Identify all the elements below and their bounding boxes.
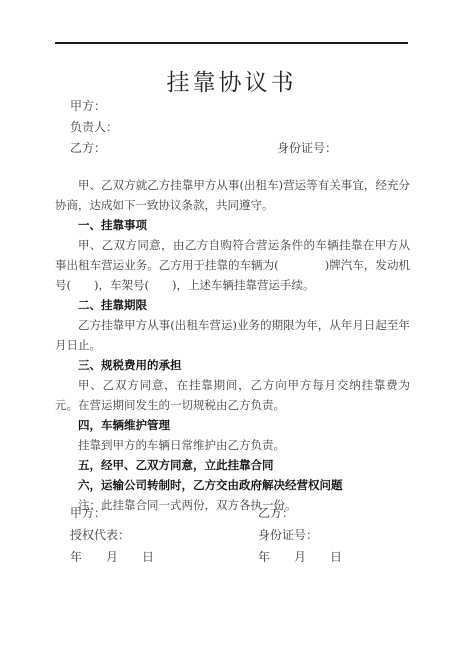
section-1-heading: 一、挂靠事项 — [55, 215, 410, 235]
id-number-field: 身份证号： — [277, 141, 337, 155]
section-2-body: 乙方挂靠甲方从事(出租车营运)业务的期限为年，从年月日起至年月日止。 — [55, 315, 410, 355]
party-b-field-row: 乙方：身份证号： — [55, 138, 410, 159]
section-4: 四，车辆维护管理 挂靠到甲方的车辆日常维护由乙方负责。 — [55, 415, 410, 455]
signature-party-b-label: 乙方： — [258, 502, 294, 524]
signature-party-a-label: 甲方： — [70, 502, 258, 524]
signature-block: 甲方： 乙方： 授权代表： 身份证号： 年 月 日 年 月 日 — [55, 502, 425, 568]
date-line-left: 年 月 日 — [70, 546, 258, 568]
section-6: 六，运输公司转制时，乙方交由政府解决经营权问题 — [55, 475, 410, 495]
section-4-heading: 四，车辆维护管理 — [55, 415, 410, 435]
signature-rep-row: 授权代表： 身份证号： — [55, 524, 425, 546]
party-b-field: 乙方： — [70, 138, 277, 159]
section-6-heading: 六，运输公司转制时，乙方交由政府解决经营权问题 — [55, 475, 410, 495]
document-page: 挂靠协议书 甲方： 负责人： 乙方：身份证号： 甲、乙双方就乙方挂靠甲方从事(出… — [0, 0, 463, 655]
section-2-heading: 二、挂靠期限 — [55, 295, 410, 315]
signature-party-row: 甲方： 乙方： — [55, 502, 425, 524]
page-title: 挂靠协议书 — [0, 64, 463, 97]
section-5: 五，经甲、乙双方同意，立此挂靠合同 — [55, 455, 410, 475]
section-1: 一、挂靠事项 甲、乙双方同意，由乙方自购符合营运条件的车辆挂靠在甲方从事出租车营… — [55, 215, 410, 295]
section-5-heading: 五，经甲、乙双方同意，立此挂靠合同 — [55, 455, 410, 475]
signature-date-row: 年 月 日 年 月 日 — [55, 546, 425, 568]
section-3: 三、规税费用的承担 甲、乙双方同意，在挂靠期间，乙方向甲方每月交纳挂靠费为元。在… — [55, 355, 410, 415]
signature-id-number-label: 身份证号： — [258, 524, 318, 546]
party-a-field: 甲方： — [55, 96, 410, 117]
document-body: 甲方： 负责人： 乙方：身份证号： 甲、乙双方就乙方挂靠甲方从事(出租车)营运等… — [55, 96, 410, 515]
section-2: 二、挂靠期限 乙方挂靠甲方从事(出租车营运)业务的期限为年，从年月日起至年月日止… — [55, 295, 410, 355]
date-line-right: 年 月 日 — [258, 546, 342, 568]
party-fields: 甲方： 负责人： 乙方：身份证号： — [55, 96, 410, 159]
section-3-body: 甲、乙双方同意，在挂靠期间，乙方向甲方每月交纳挂靠费为元。在营运期间发生的一切规… — [55, 375, 410, 415]
intro-paragraph: 甲、乙双方就乙方挂靠甲方从事(出租车)营运等有关事宜，经充分协商，达成如下一致协… — [55, 175, 410, 215]
section-3-heading: 三、规税费用的承担 — [55, 355, 410, 375]
section-4-body: 挂靠到甲方的车辆日常维护由乙方负责。 — [55, 435, 410, 455]
authorized-representative-label: 授权代表： — [70, 524, 258, 546]
section-1-body: 甲、乙双方同意，由乙方自购符合营运条件的车辆挂靠在甲方从事出租车营运业务。乙方用… — [55, 235, 410, 295]
header-rule — [55, 42, 408, 44]
responsible-person-field: 负责人： — [55, 117, 410, 138]
